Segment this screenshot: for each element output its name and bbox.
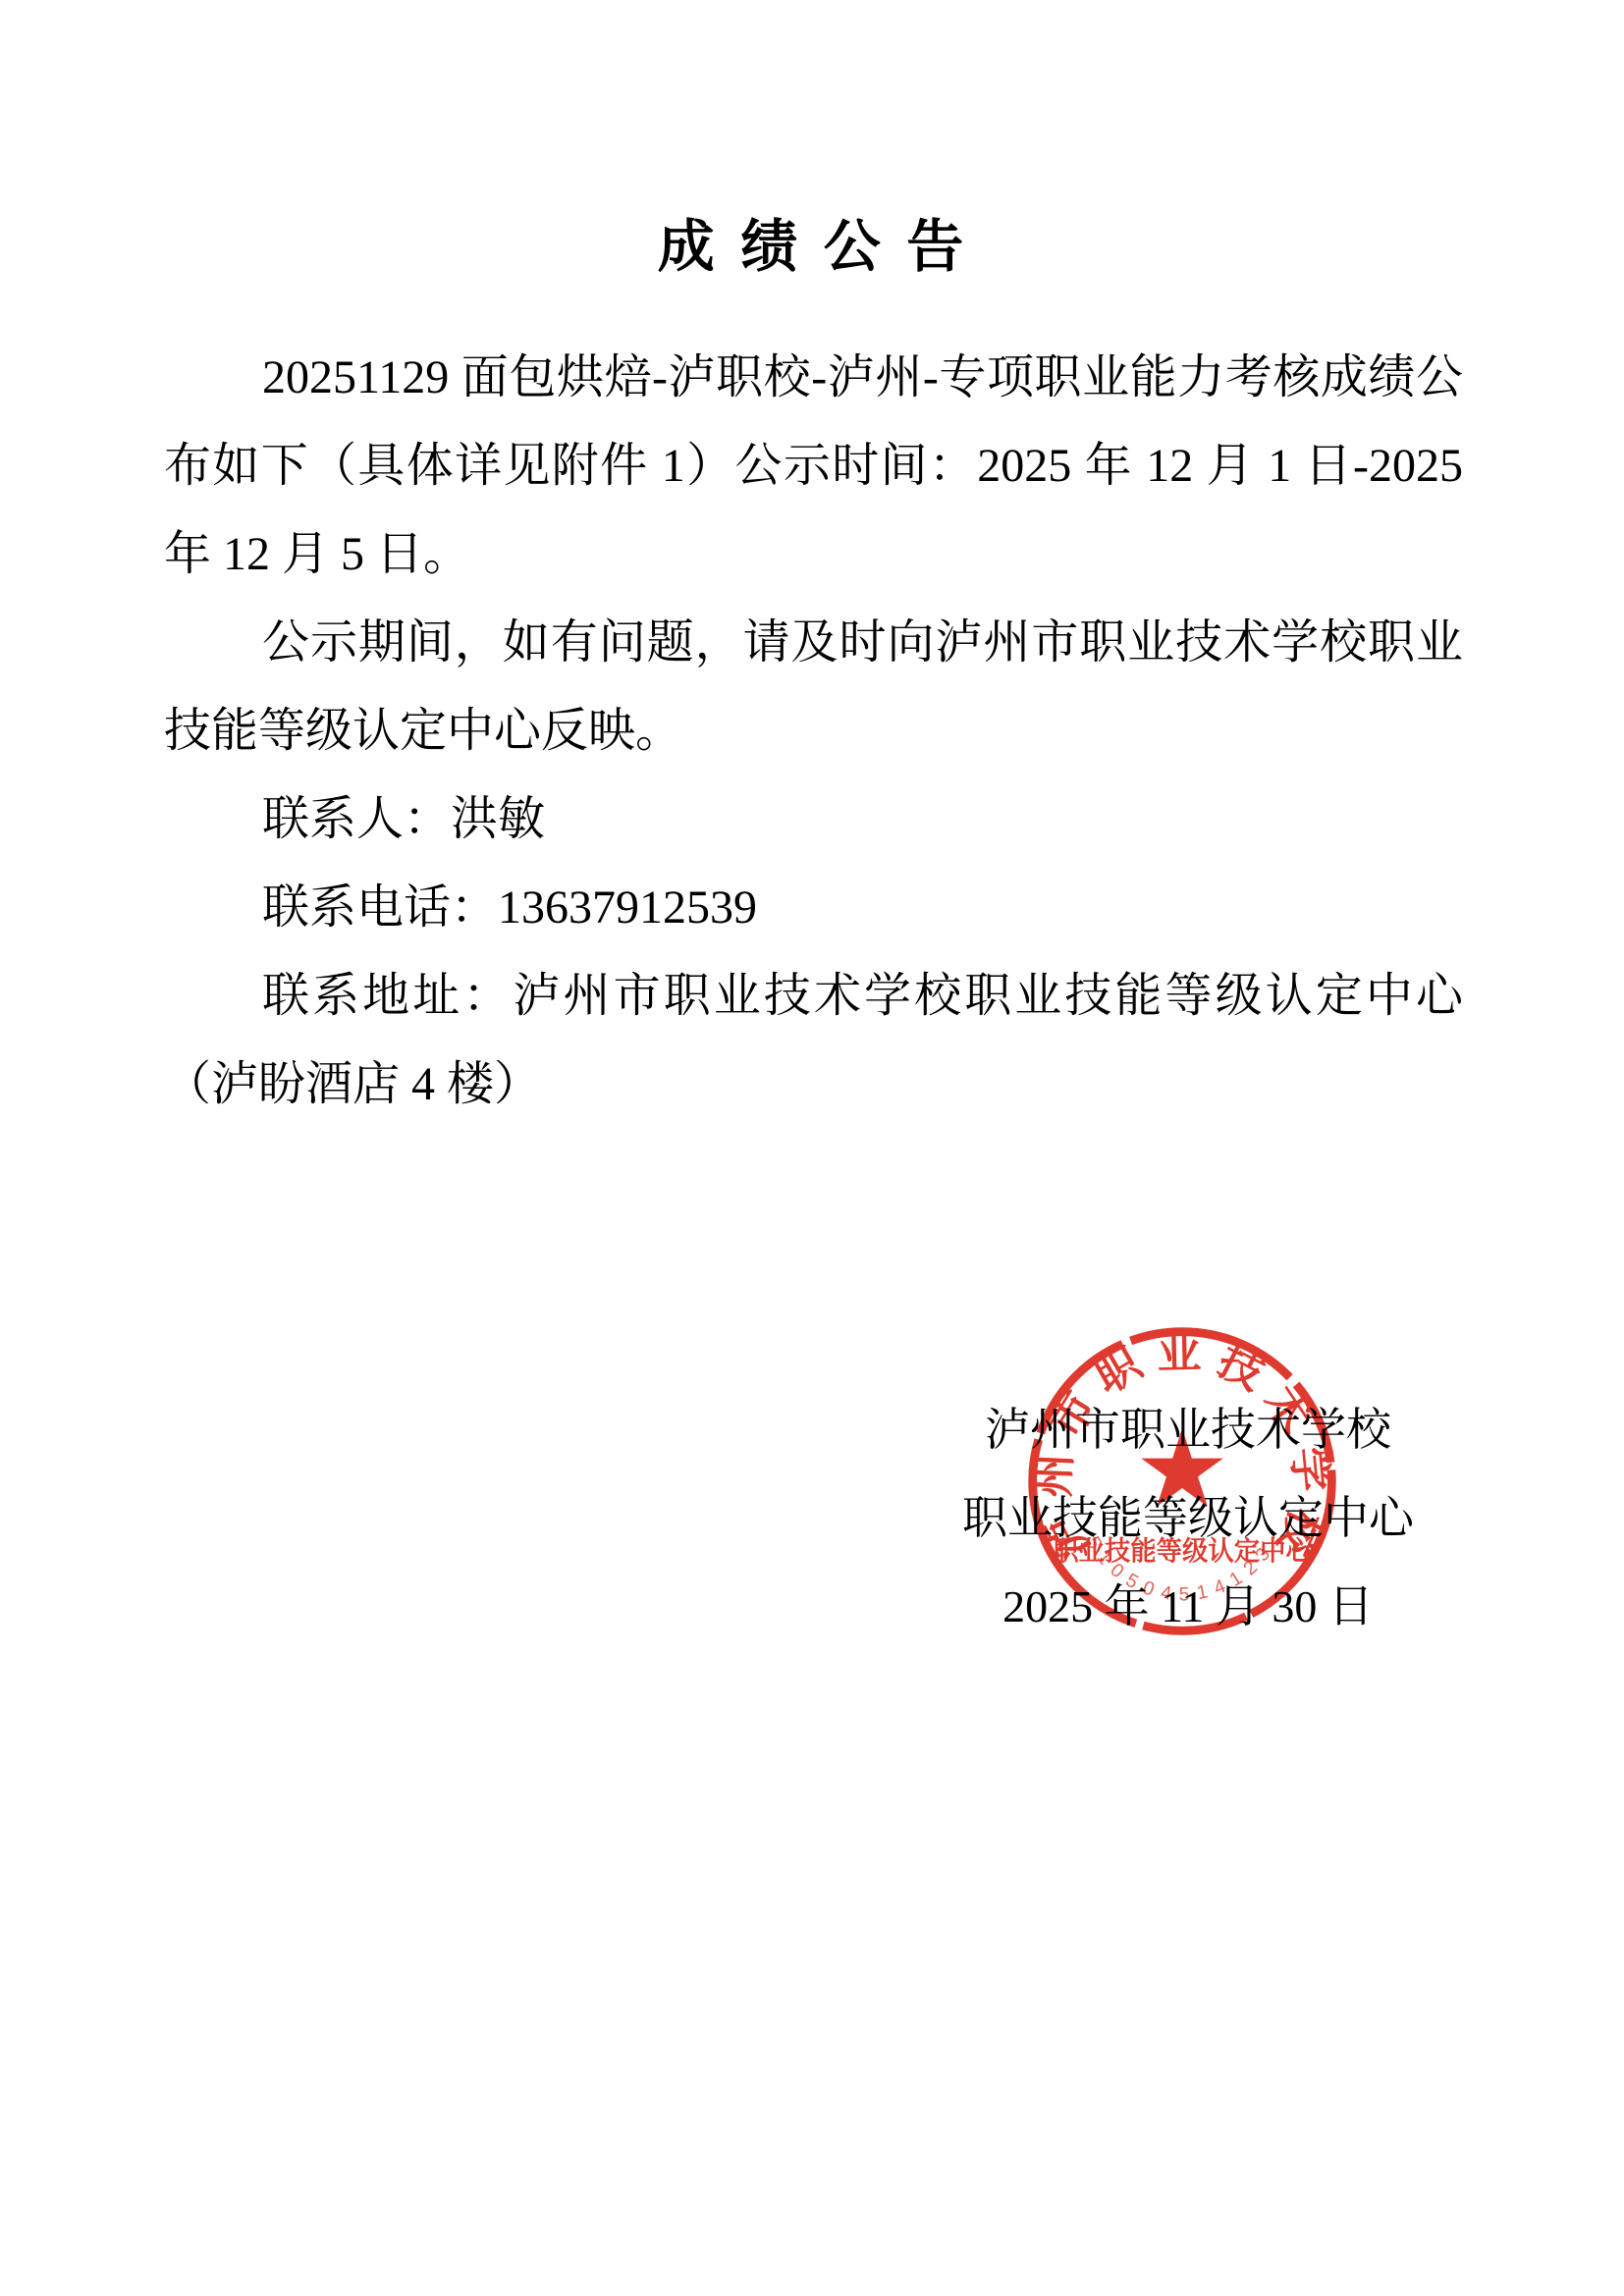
document-body: 成 绩 公 告 20251129 面包烘焙-泸职校-泸州-专项职业能力考核成绩公… bbox=[164, 0, 1463, 1129]
notice-period-paragraph: 公示期间，如有问题，请及时向泸州市职业技术学校职业技能等级认定中心反映。 bbox=[164, 599, 1463, 775]
contact-phone-line: 联系电话：13637912539 bbox=[164, 864, 1463, 952]
official-seal-stamp: 泸州市职业技术学校 职业技能等级认定中心 510504514123 bbox=[1019, 1318, 1345, 1644]
announcement-paragraph: 20251129 面包烘焙-泸职校-泸州-专项职业能力考核成绩公布如下（具体详见… bbox=[164, 334, 1463, 599]
contact-person-line: 联系人：洪敏 bbox=[164, 775, 1463, 864]
seal-star-icon bbox=[1141, 1428, 1223, 1506]
seal-graphic: 泸州市职业技术学校 职业技能等级认定中心 510504514123 bbox=[1019, 1318, 1345, 1644]
document-title: 成 绩 公 告 bbox=[164, 208, 1463, 287]
announcement-document-page: 成 绩 公 告 20251129 面包烘焙-泸职校-泸州-专项职业能力考核成绩公… bbox=[0, 0, 1624, 2296]
contact-address-line: 联系地址：泸州市职业技术学校职业技能等级认定中心（泸盼酒店 4 楼） bbox=[164, 952, 1463, 1129]
